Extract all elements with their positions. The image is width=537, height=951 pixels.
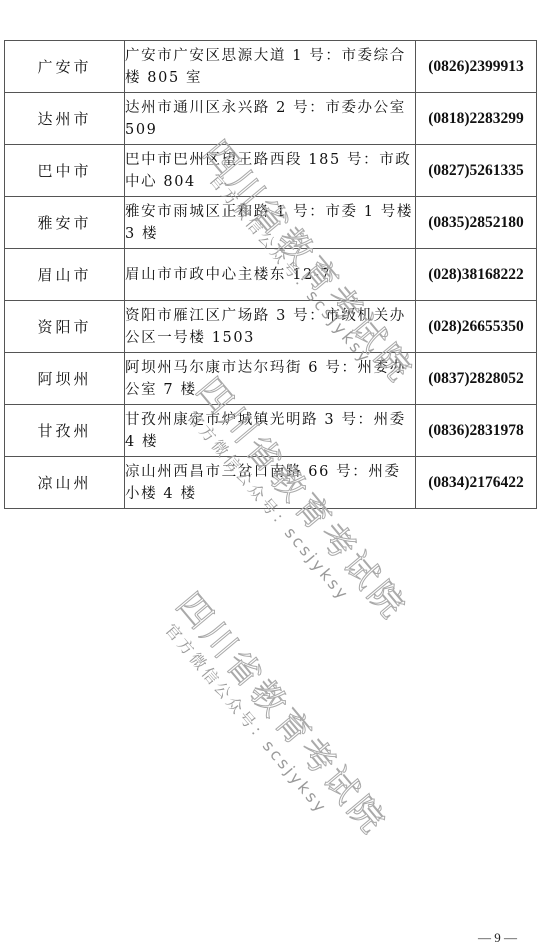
table-row: 达州市 达州市通川区永兴路 2 号：市委办公室 509 (0818)228329… [5, 93, 537, 145]
region-cell: 凉山州 [5, 457, 125, 509]
phone-cell: (0827)5261335 [416, 145, 537, 197]
phone-cell: (028)38168222 [416, 249, 537, 301]
address-cell: 广安市广安区思源大道 1 号：市委综合楼 805 室 [125, 41, 416, 93]
table-row: 甘孜州 甘孜州康定市炉城镇光明路 3 号：州委 4 楼 (0836)283197… [5, 405, 537, 457]
table-row: 雅安市 雅安市雨城区正和路 1 号：市委 1 号楼 3 楼 (0835)2852… [5, 197, 537, 249]
table-row: 资阳市 资阳市雁江区广场路 3 号：市级机关办公区一号楼 1503 (028)2… [5, 301, 537, 353]
table-row: 凉山州 凉山州西昌市三岔口南路 66 号：州委小楼 4 楼 (0834)2176… [5, 457, 537, 509]
region-cell: 达州市 [5, 93, 125, 145]
address-cell: 凉山州西昌市三岔口南路 66 号：州委小楼 4 楼 [125, 457, 416, 509]
phone-cell: (0835)2852180 [416, 197, 537, 249]
address-cell: 巴中市巴州区望王路西段 185 号：市政中心 804 [125, 145, 416, 197]
address-cell: 眉山市市政中心主楼东 12-7 [125, 249, 416, 301]
address-cell: 达州市通川区永兴路 2 号：市委办公室 509 [125, 93, 416, 145]
phone-cell: (028)26655350 [416, 301, 537, 353]
watermark-title: 四川省教育考试院 [167, 580, 400, 844]
address-cell: 雅安市雨城区正和路 1 号：市委 1 号楼 3 楼 [125, 197, 416, 249]
address-cell: 甘孜州康定市炉城镇光明路 3 号：州委 4 楼 [125, 405, 416, 457]
region-cell: 资阳市 [5, 301, 125, 353]
phone-cell: (0834)2176422 [416, 457, 537, 509]
phone-cell: (0818)2283299 [416, 93, 537, 145]
page-number: — 9 — [478, 930, 517, 946]
address-cell: 阿坝州马尔康市达尔玛街 6 号：州委办公室 7 楼 [125, 353, 416, 405]
table-row: 眉山市 眉山市市政中心主楼东 12-7 (028)38168222 [5, 249, 537, 301]
table-row: 巴中市 巴中市巴州区望王路西段 185 号：市政中心 804 (0827)526… [5, 145, 537, 197]
region-cell: 眉山市 [5, 249, 125, 301]
watermark-subtitle: 官方微信公众号：scsjyksy [160, 618, 333, 819]
table-row: 广安市 广安市广安区思源大道 1 号：市委综合楼 805 室 (0826)239… [5, 41, 537, 93]
region-cell: 雅安市 [5, 197, 125, 249]
region-cell: 阿坝州 [5, 353, 125, 405]
table-row: 阿坝州 阿坝州马尔康市达尔玛街 6 号：州委办公室 7 楼 (0837)2828… [5, 353, 537, 405]
contact-table: 广安市 广安市广安区思源大道 1 号：市委综合楼 805 室 (0826)239… [4, 40, 537, 509]
document-page: 广安市 广安市广安区思源大道 1 号：市委综合楼 805 室 (0826)239… [0, 0, 537, 951]
phone-cell: (0837)2828052 [416, 353, 537, 405]
region-cell: 广安市 [5, 41, 125, 93]
address-cell: 资阳市雁江区广场路 3 号：市级机关办公区一号楼 1503 [125, 301, 416, 353]
phone-cell: (0826)2399913 [416, 41, 537, 93]
region-cell: 甘孜州 [5, 405, 125, 457]
phone-cell: (0836)2831978 [416, 405, 537, 457]
region-cell: 巴中市 [5, 145, 125, 197]
